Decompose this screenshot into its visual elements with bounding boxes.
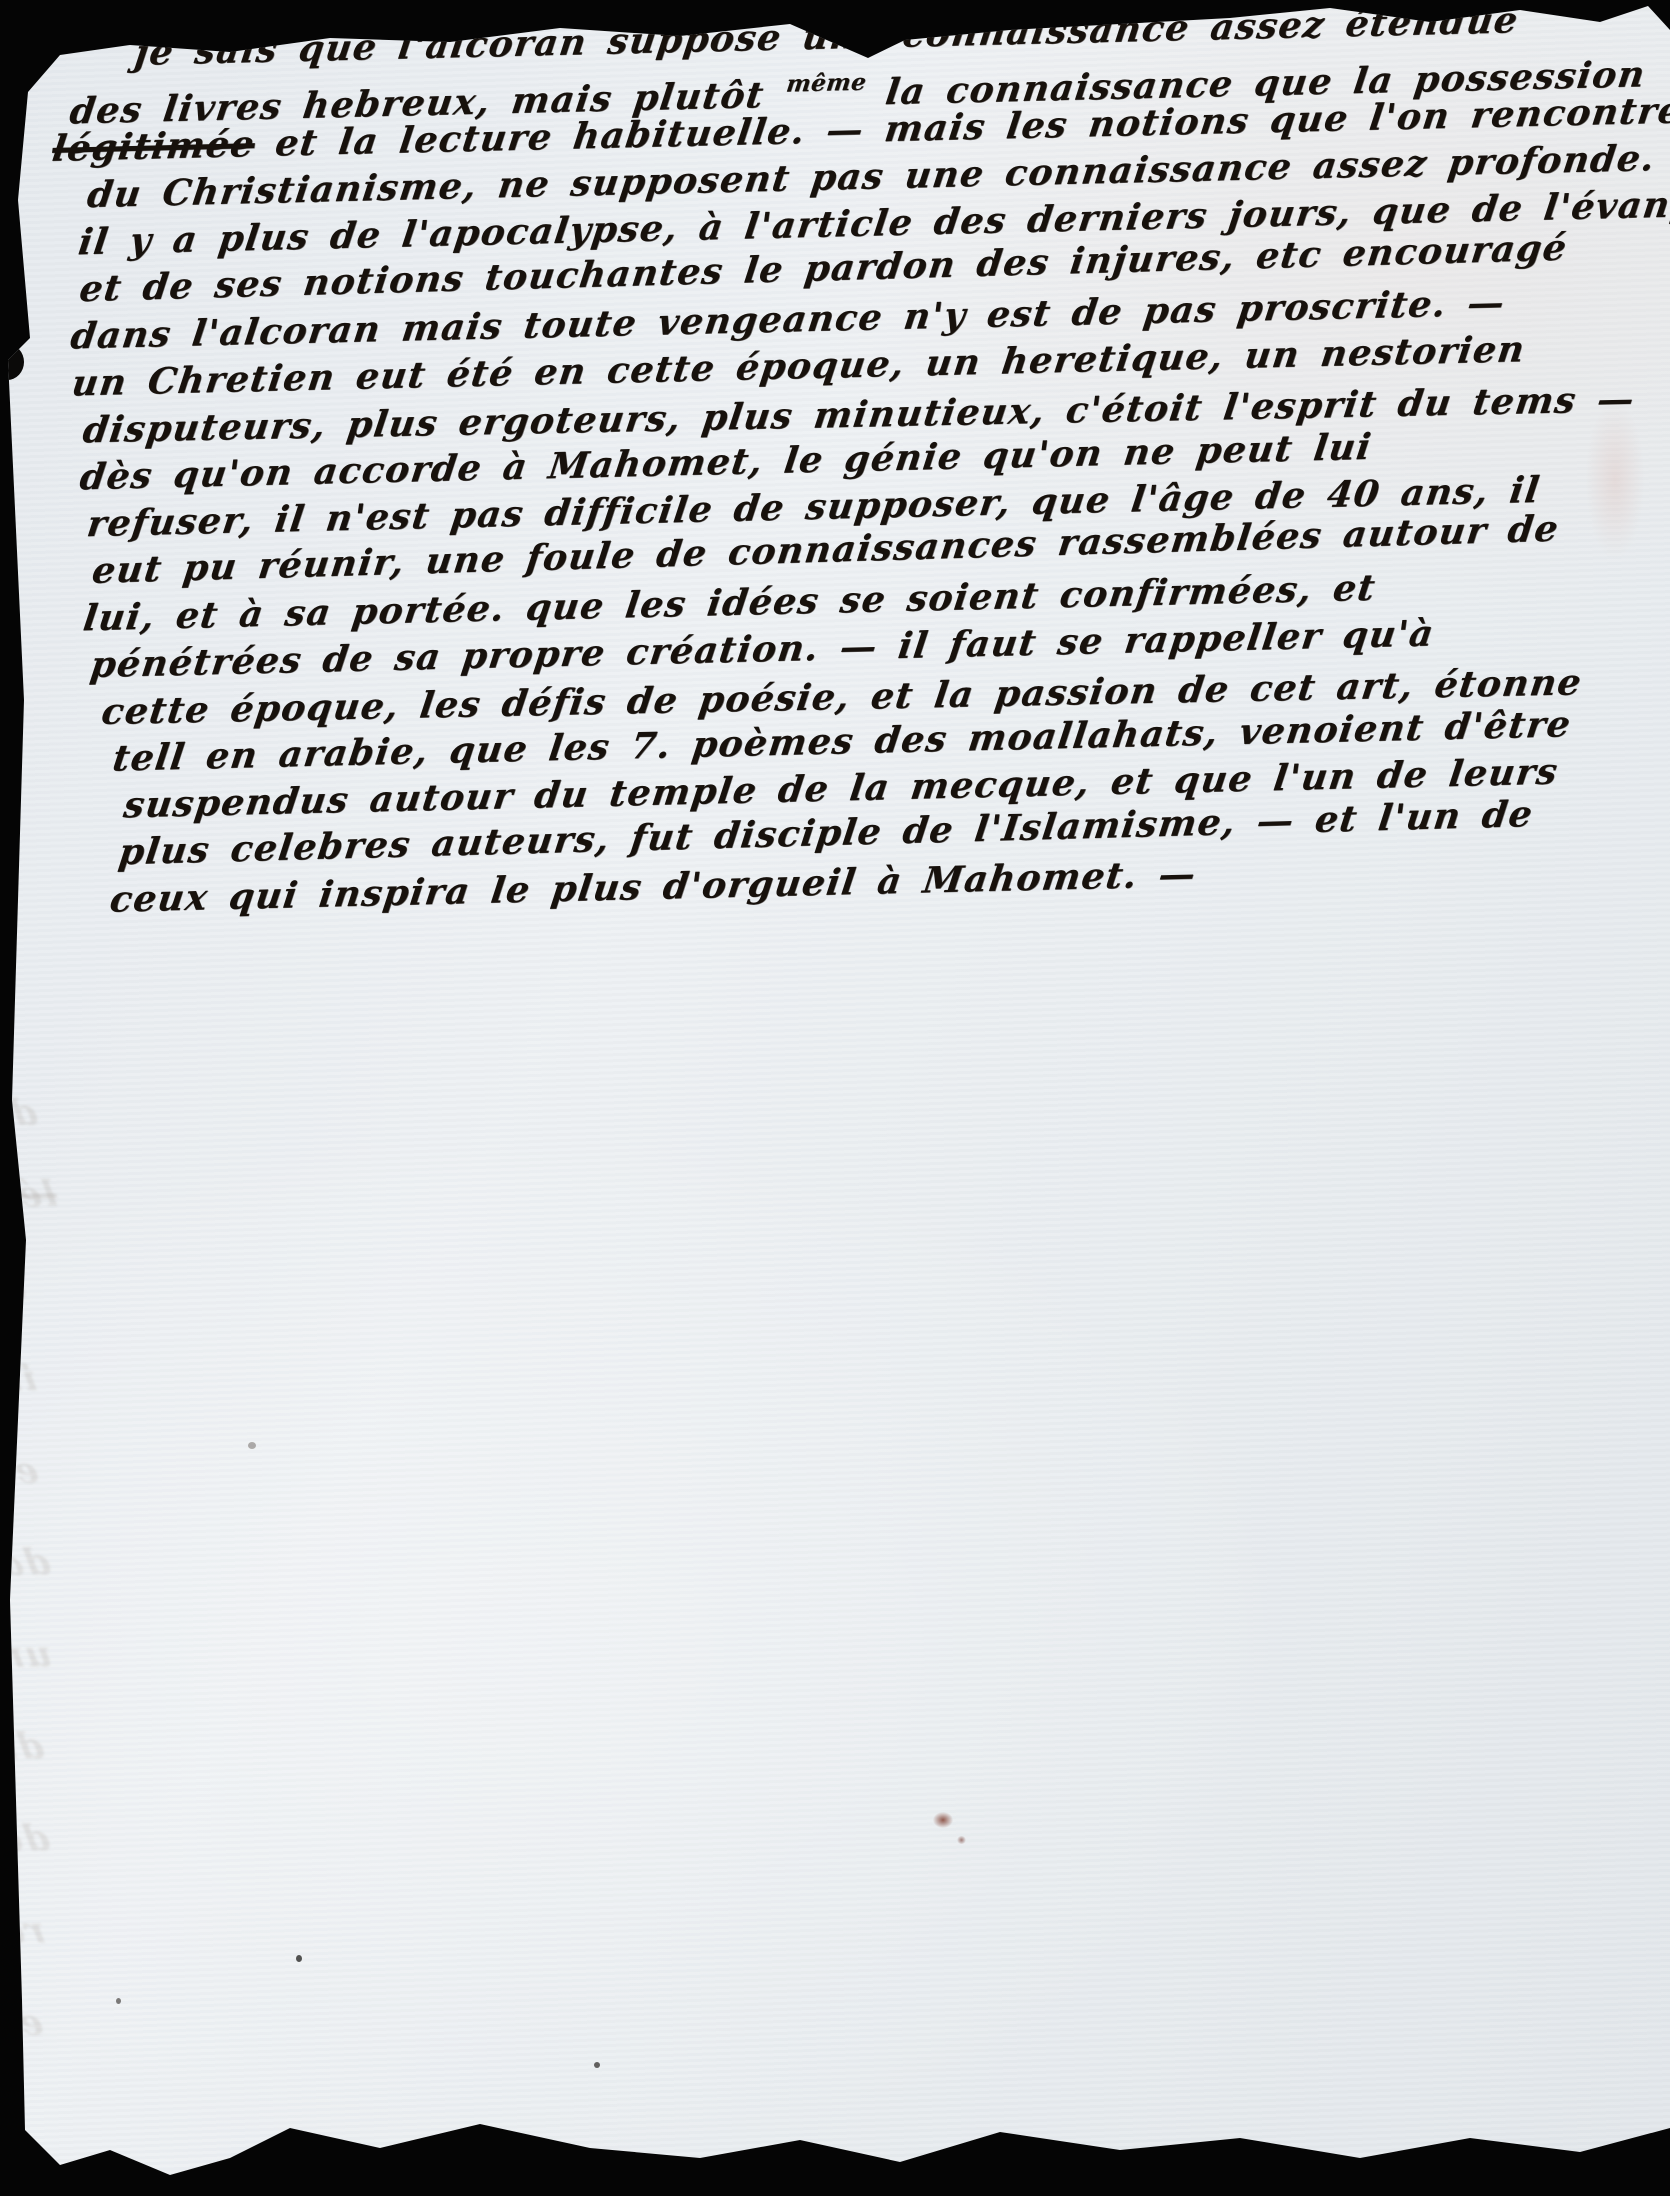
paper-speck <box>296 1955 302 1962</box>
paper-smudge <box>1585 400 1645 560</box>
bleed-through-text: je sais que l'alcoran suppose une connai… <box>60 935 1651 2069</box>
stain-spot <box>957 1836 966 1844</box>
paper-speck <box>594 2062 600 2068</box>
paper-speck <box>248 1442 256 1449</box>
paper-speck <box>116 1998 121 2004</box>
stain-spot <box>933 1812 953 1828</box>
manuscript-text: je sais que l'alcoran suppose une connai… <box>46 0 1670 925</box>
manuscript-page: je sais que l'alcoran suppose une connai… <box>0 0 1670 2196</box>
